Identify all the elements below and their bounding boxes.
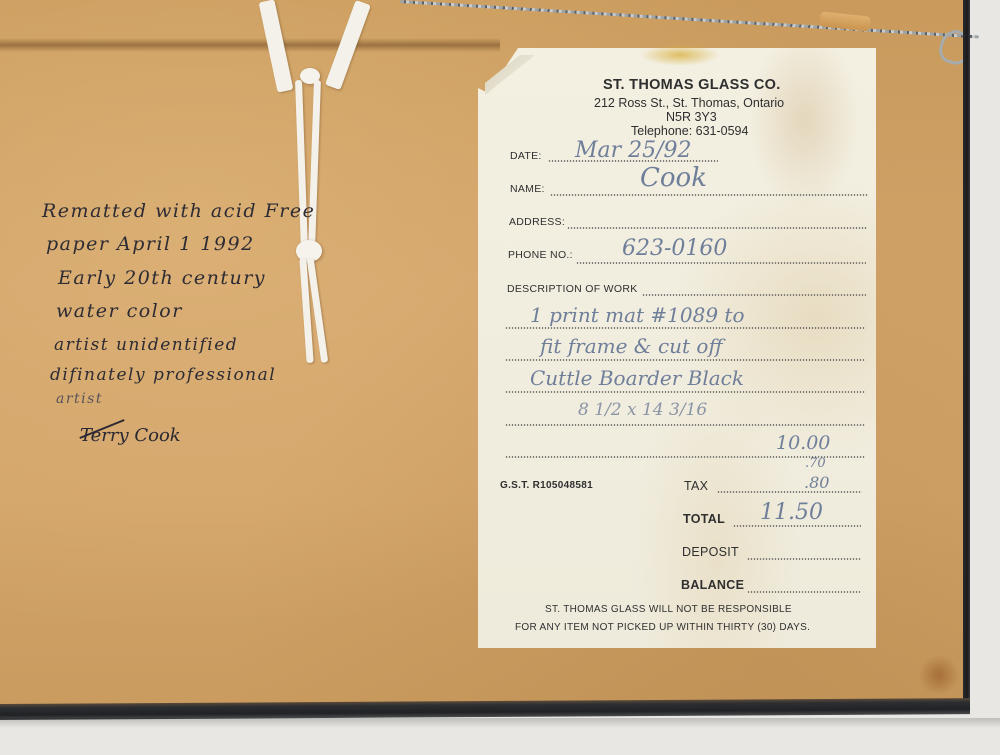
phone-value: 623-0160 <box>622 236 727 261</box>
date-label: DATE: <box>510 150 542 162</box>
deposit-label: DEPOSIT <box>682 545 739 559</box>
receipt-telephone: Telephone: 631-0594 <box>631 124 748 138</box>
address-line <box>567 227 867 229</box>
note-line: paper April 1 1992 <box>46 233 255 255</box>
note-line: Rematted with acid Free <box>42 200 315 222</box>
description-text-2: fit frame & cut off <box>540 334 723 358</box>
address-label: ADDRESS: <box>509 216 565 228</box>
tax-value-top: .70 <box>805 456 826 471</box>
description-line-0 <box>642 294 866 296</box>
note-line: water color <box>56 300 183 322</box>
wall-shadow <box>0 718 1000 728</box>
tax-value: .80 <box>804 473 829 492</box>
date-value: Mar 25/92 <box>575 138 692 163</box>
total-line <box>733 525 861 527</box>
gst-number: G.S.T. R105048581 <box>500 480 593 491</box>
description-text-3: Cuttle Boarder Black <box>530 366 744 390</box>
tax-line <box>717 491 862 493</box>
receipt-company-name: ST. THOMAS GLASS CO. <box>603 77 781 93</box>
description-line-1 <box>505 327 865 329</box>
photo-scene: Rematted with acid Free paper April 1 19… <box>0 0 1000 755</box>
description-line-2 <box>505 359 865 361</box>
deposit-line <box>747 558 861 560</box>
balance-label: BALANCE <box>681 578 744 592</box>
note-line: artist <box>56 391 103 407</box>
description-text-4: 8 1/2 x 14 3/16 <box>578 400 707 420</box>
string-shadow <box>0 38 500 52</box>
receipt-footer-line2: FOR ANY ITEM NOT PICKED UP WITHIN THIRTY… <box>515 622 810 633</box>
description-line-3 <box>505 391 865 393</box>
note-line: Early 20th century <box>58 267 266 289</box>
name-label: NAME: <box>510 183 545 195</box>
phone-line <box>576 262 866 264</box>
description-line-4 <box>505 424 865 426</box>
receipt-address: 212 Ross St., St. Thomas, Ontario <box>594 96 784 110</box>
note-line: difinately professional <box>50 365 276 385</box>
total-value: 11.50 <box>760 500 823 525</box>
receipt-postal-code: N5R 3Y3 <box>666 110 717 124</box>
water-stain <box>918 655 960 695</box>
balance-line <box>747 591 861 593</box>
frame-right-edge <box>963 0 970 712</box>
note-line: artist unidentified <box>54 335 238 355</box>
subtotal-value: 10.00 <box>776 432 830 454</box>
description-label: DESCRIPTION OF WORK <box>507 283 638 295</box>
name-value: Cook <box>640 163 707 193</box>
phone-label: PHONE NO.: <box>508 249 573 261</box>
description-text-1: 1 print mat #1089 to <box>530 303 745 327</box>
receipt-footer-line1: ST. THOMAS GLASS WILL NOT BE RESPONSIBLE <box>545 604 792 615</box>
total-label: TOTAL <box>683 512 725 526</box>
tax-label: TAX <box>684 479 708 493</box>
name-line <box>550 194 868 196</box>
signature: Terry Cook <box>80 425 181 446</box>
tape-stain <box>640 44 720 66</box>
